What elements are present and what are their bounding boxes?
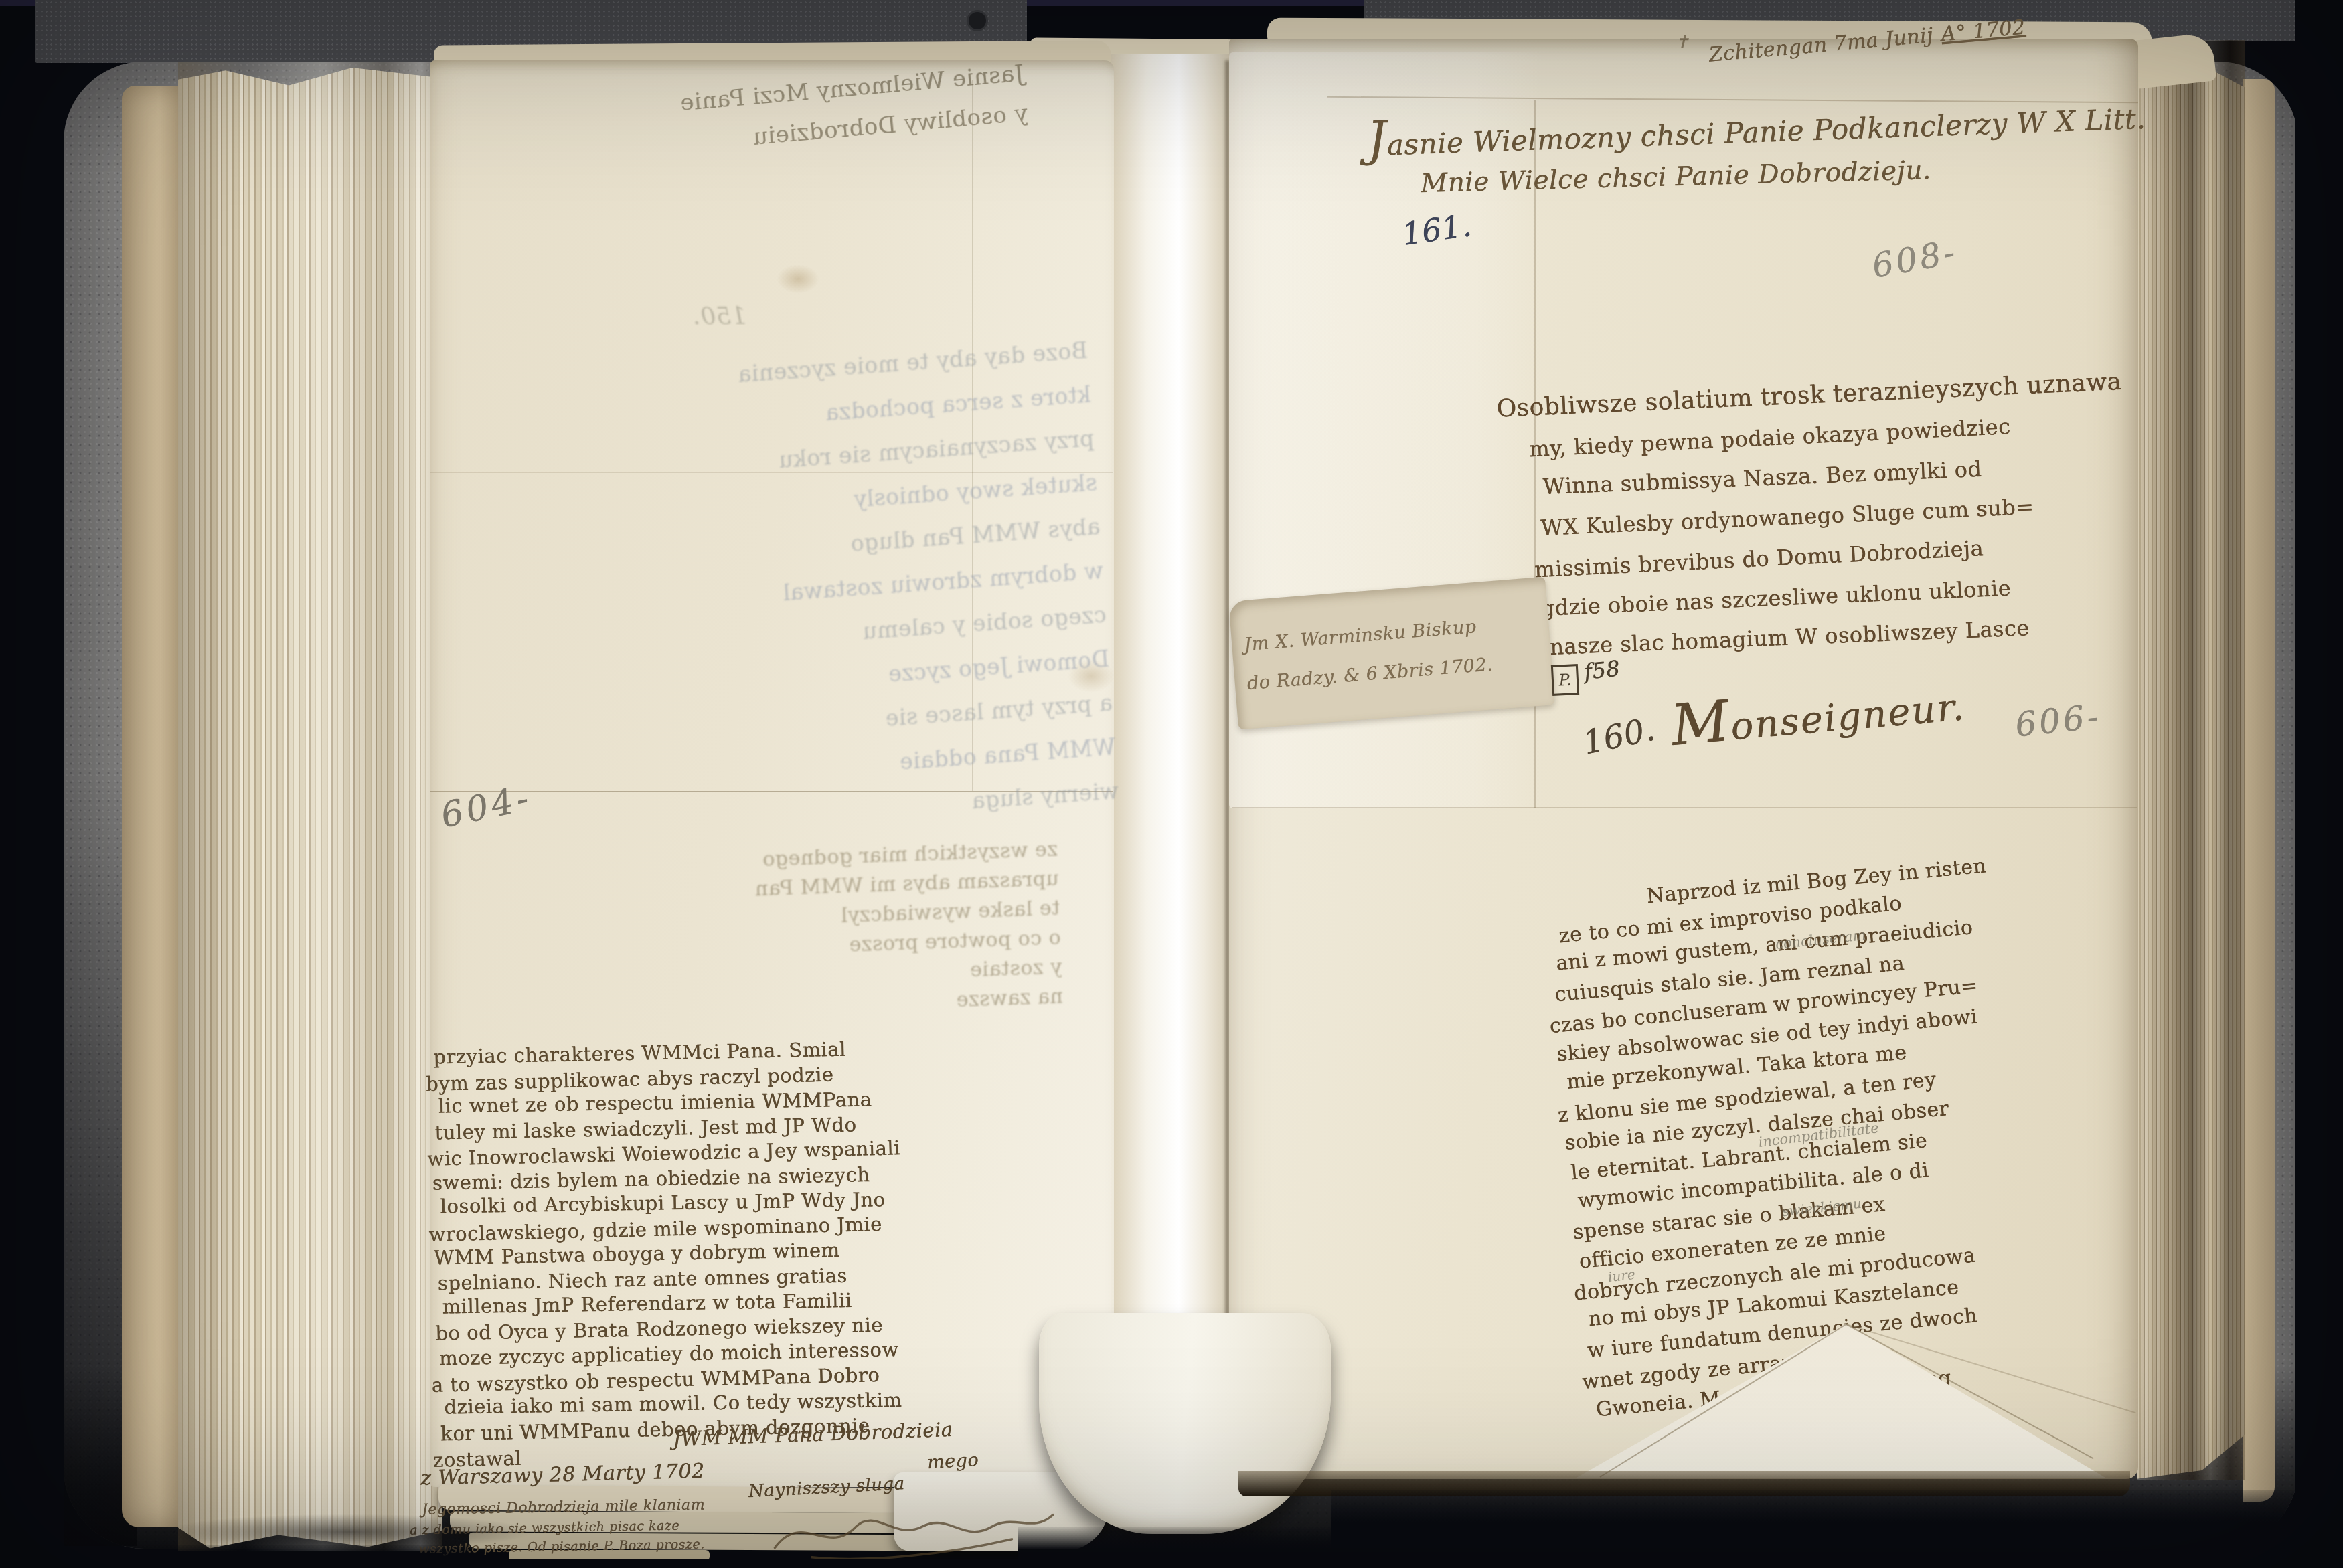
stamp-letter: P. xyxy=(1558,671,1572,690)
foliation-note: f58 xyxy=(1583,655,1621,684)
background-right xyxy=(2295,0,2343,1568)
bleedthrough-text-lower: ze wszystkich miar godnegoupraszam abys … xyxy=(435,835,1064,1033)
book-corner-shadow xyxy=(161,1514,536,1550)
book-cover-edge-right xyxy=(2243,79,2275,1502)
background-bottom xyxy=(0,1559,2343,1568)
left-page-letter-body: przyiac charakteres WMMci Pana. Smialbym… xyxy=(430,1033,1097,1472)
gutter-note-fragment: Jm X. Warminsku Biskupdo Radzy. & 6 Xbri… xyxy=(1228,577,1555,730)
interlinear-annotation: iure xyxy=(1607,1266,1636,1285)
closing-address-line: mego xyxy=(926,1450,979,1473)
marginal-cross-mark: ✝ xyxy=(1675,32,1690,52)
bleedthrough-text-middle: Boze day aby te moie zyczeniaktore z ser… xyxy=(442,329,1120,859)
archive-stamp-box: P. xyxy=(1551,664,1579,696)
manuscript-photo: Jasnie Wielmozny Mczi Paniey osobliwy Do… xyxy=(0,0,2343,1568)
right-page-upper-paragraph: Osobliwsze solatium trosk teraznieyszych… xyxy=(1492,361,2166,671)
bleedthrough-number: 150. xyxy=(693,302,746,330)
page-stack-left-shading xyxy=(178,62,442,1551)
book-cover-edge-left xyxy=(122,86,183,1527)
shadow-under-right-page xyxy=(1331,1490,2343,1568)
book-gutter xyxy=(1108,54,1236,1516)
clamp-screw-hole-left xyxy=(967,10,988,31)
paper-stain xyxy=(777,264,819,294)
right-sheet-middle-edge xyxy=(1232,807,2137,808)
